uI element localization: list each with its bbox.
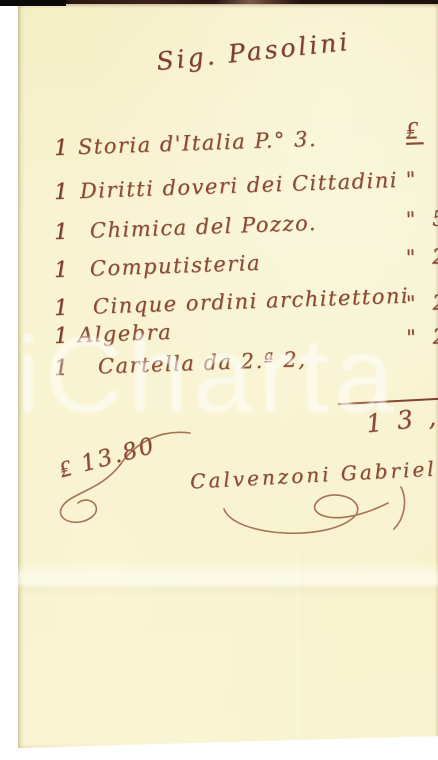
addressee-line: Sig. Pasolini [155, 27, 352, 76]
receipt-line: 1Storia d'Italia P.° 3. ₤ [54, 122, 438, 170]
item-description: Computisteria [90, 251, 262, 281]
item-quantity: 1 [54, 219, 79, 245]
fold-crease [18, 561, 438, 597]
receipt-paper: Sig. Pasolini 1Storia d'Italia P.° 3. ₤ … [18, 3, 438, 748]
item-quantity: 1 [54, 135, 79, 161]
item-description: Diritti doveri dei Cittadini [80, 168, 399, 203]
pen-flourish-icon [40, 421, 210, 536]
pen-flourish-icon [216, 485, 416, 550]
item-amount: ₤ [405, 115, 424, 146]
item-description: Algebra [78, 320, 173, 347]
item-amount: " [405, 167, 421, 191]
receipt-line: 1Diritti doveri dei Cittadini " [54, 166, 438, 214]
item-quantity: 1 [54, 323, 79, 349]
total-amount: 13, [365, 401, 438, 439]
item-amount: " 5 [405, 206, 438, 232]
item-amount: " 2 [405, 244, 438, 270]
item-quantity: 1 [54, 295, 79, 321]
item-quantity: 1 [54, 257, 79, 283]
vertical-crease [296, 555, 299, 748]
scanned-document-page: Sig. Pasolini 1Storia d'Italia P.° 3. ₤ … [0, 0, 438, 760]
item-quantity: 1 [54, 179, 79, 205]
item-description: Chimica del Pozzo. [90, 211, 318, 243]
scanner-edge-corner [0, 0, 66, 6]
item-quantity: 1 [54, 355, 79, 381]
item-description: Storia d'Italia P.° 3. [78, 127, 318, 159]
